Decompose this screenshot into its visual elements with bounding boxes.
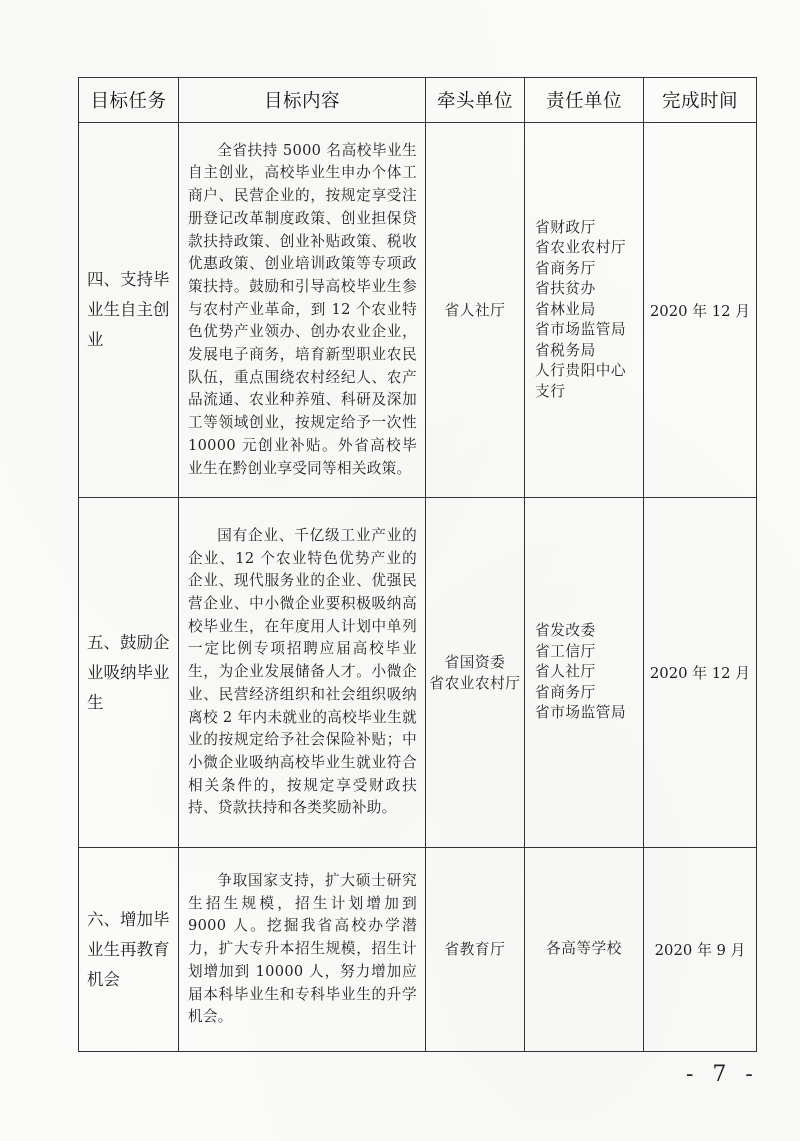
content-cell: 全省扶持 5000 名高校毕业生自主创业，高校毕业生申办个体工商户、民营企业的，… <box>179 123 426 498</box>
responsible-unit: 省人社厅 <box>535 662 643 683</box>
responsible-unit: 省发改委 <box>535 621 643 642</box>
responsible-unit: 省工信厅 <box>535 642 643 663</box>
responsible-unit: 省扶贫办 <box>535 279 643 300</box>
responsible-unit: 各高等学校 <box>525 939 643 960</box>
header-target-content: 目标内容 <box>179 78 426 123</box>
task-text: 五、鼓励企业吸纳毕业生 <box>79 628 178 718</box>
task-text: 六、增加毕业生再教育机会 <box>79 905 178 995</box>
responsible-unit: 支行 <box>535 382 643 403</box>
content-text: 全省扶持 5000 名高校毕业生自主创业，高校毕业生申办个体工商户、民营企业的，… <box>179 140 425 481</box>
completion-cell: 2020 年 12 月 <box>644 498 757 848</box>
content-cell: 国有企业、千亿级工业产业的企业、12 个农业特色优势产业的企业、现代服务业的企业… <box>179 498 426 848</box>
table-header-row: 目标任务 目标内容 牵头单位 责任单位 完成时间 <box>79 78 757 123</box>
responsible-unit: 省商务厅 <box>535 259 643 280</box>
lead-unit-list: 省人社厅 <box>426 300 524 321</box>
lead-unit-list: 省教育厅 <box>426 939 524 960</box>
lead-unit: 省国资委 <box>426 652 524 673</box>
task-text: 四、支持毕业生自主创业 <box>79 265 178 355</box>
completion-time: 2020 年 12 月 <box>644 662 756 683</box>
lead-unit-cell: 省人社厅 <box>426 123 525 498</box>
lead-unit-list: 省国资委 省农业农村厅 <box>426 652 524 694</box>
document-page: 目标任务 目标内容 牵头单位 责任单位 完成时间 四、支持毕业生自主创业 全省扶… <box>0 0 800 1141</box>
table-row: 六、增加毕业生再教育机会 争取国家支持，扩大硕士研究生招生规模，招生计划增加到 … <box>79 848 757 1052</box>
responsible-unit: 省税务局 <box>535 341 643 362</box>
task-cell: 六、增加毕业生再教育机会 <box>79 848 179 1052</box>
responsible-unit-list: 省财政厅 省农业农村厅 省商务厅 省扶贫办 省林业局 省市场监管局 省税务局 人… <box>525 218 643 403</box>
lead-unit: 省教育厅 <box>426 939 524 960</box>
content-cell: 争取国家支持，扩大硕士研究生招生规模，招生计划增加到 9000 人。挖掘我省高校… <box>179 848 426 1052</box>
responsible-unit: 省市场监管局 <box>535 320 643 341</box>
lead-unit: 省农业农村厅 <box>426 673 524 694</box>
content-text: 国有企业、千亿级工业产业的企业、12 个农业特色优势产业的企业、现代服务业的企业… <box>179 525 425 820</box>
responsible-unit-cell: 省发改委 省工信厅 省人社厅 省商务厅 省市场监管局 <box>525 498 644 848</box>
responsible-unit-cell: 各高等学校 <box>525 848 644 1052</box>
completion-cell: 2020 年 12 月 <box>644 123 757 498</box>
responsible-unit: 省林业局 <box>535 300 643 321</box>
completion-time: 2020 年 12 月 <box>644 300 756 321</box>
responsible-unit: 人行贵阳中心 <box>535 361 643 382</box>
responsible-unit-list: 各高等学校 <box>525 939 643 960</box>
lead-unit: 省人社厅 <box>426 300 524 321</box>
lead-unit-cell: 省国资委 省农业农村厅 <box>426 498 525 848</box>
responsible-unit: 省农业农村厅 <box>535 238 643 259</box>
completion-cell: 2020 年 9 月 <box>644 848 757 1052</box>
header-target-task: 目标任务 <box>79 78 179 123</box>
content-text: 争取国家支持，扩大硕士研究生招生规模，招生计划增加到 9000 人。挖掘我省高校… <box>179 870 425 1029</box>
completion-time: 2020 年 9 月 <box>644 939 756 960</box>
header-responsible-unit: 责任单位 <box>525 78 644 123</box>
lead-unit-cell: 省教育厅 <box>426 848 525 1052</box>
responsible-unit: 省商务厅 <box>535 683 643 704</box>
table-row: 五、鼓励企业吸纳毕业生 国有企业、千亿级工业产业的企业、12 个农业特色优势产业… <box>79 498 757 848</box>
header-completion-time: 完成时间 <box>644 78 757 123</box>
responsible-unit: 省财政厅 <box>535 218 643 239</box>
table-row: 四、支持毕业生自主创业 全省扶持 5000 名高校毕业生自主创业，高校毕业生申办… <box>79 123 757 498</box>
task-cell: 五、鼓励企业吸纳毕业生 <box>79 498 179 848</box>
header-lead-unit: 牵头单位 <box>426 78 525 123</box>
responsible-unit: 省市场监管局 <box>535 703 643 724</box>
responsible-unit-cell: 省财政厅 省农业农村厅 省商务厅 省扶贫办 省林业局 省市场监管局 省税务局 人… <box>525 123 644 498</box>
task-table: 目标任务 目标内容 牵头单位 责任单位 完成时间 四、支持毕业生自主创业 全省扶… <box>78 77 757 1052</box>
task-cell: 四、支持毕业生自主创业 <box>79 123 179 498</box>
responsible-unit-list: 省发改委 省工信厅 省人社厅 省商务厅 省市场监管局 <box>525 621 643 724</box>
page-number: - 7 - <box>686 1062 759 1087</box>
